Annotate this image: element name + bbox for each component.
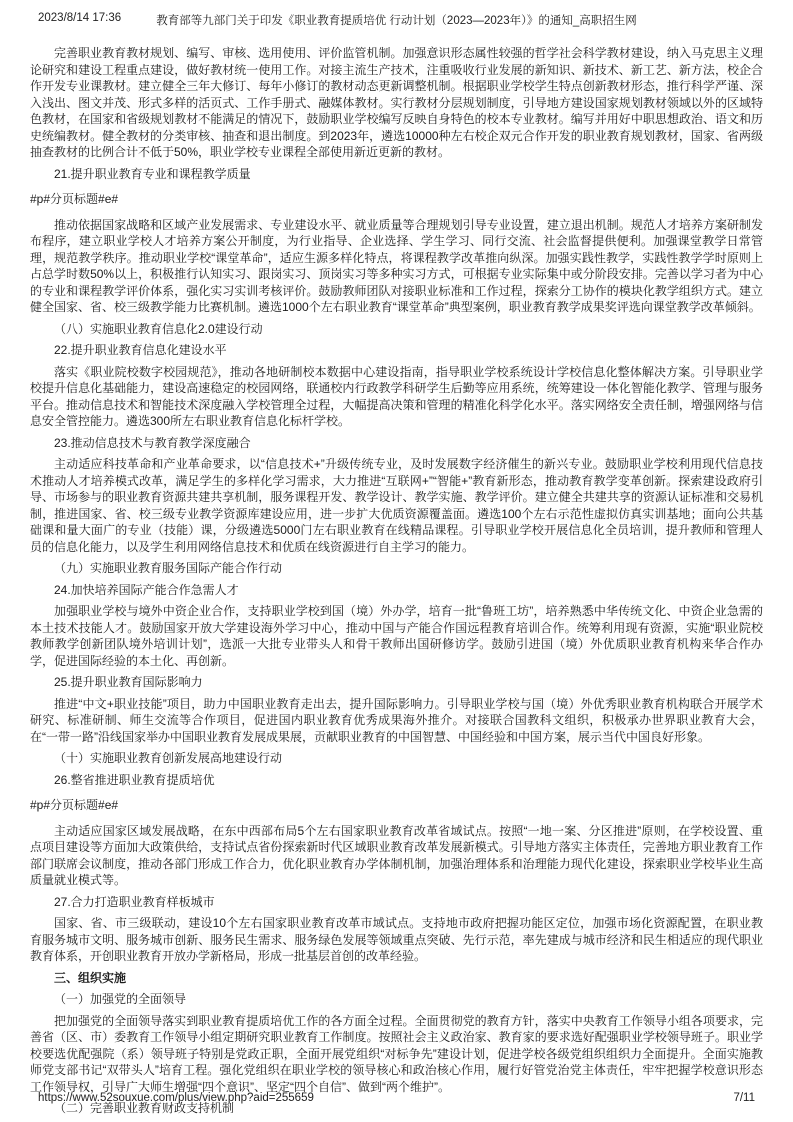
item-heading: 27.合力打造职业教育样板城市 [30, 894, 763, 911]
item-heading: 22.提升职业教育信息化建设水平 [30, 342, 763, 359]
pagination-marker: #p#分页标题#e# [30, 797, 763, 814]
section-heading: （八）实施职业教育信息化2.0建设行动 [30, 321, 763, 338]
document-page: 2023/8/14 17:36 教育部等九部门关于印发《职业教育提质培优 行动计… [0, 0, 793, 1122]
pagination-marker: #p#分页标题#e# [30, 191, 763, 208]
section-heading: （十）实施职业教育创新发展高地建设行动 [30, 750, 763, 767]
item-heading: 24.加快培养国际产能合作急需人才 [30, 582, 763, 599]
body-paragraph: 加强职业学校与境外中资企业合作，支持职业学校到国（境）外办学，培育一批“鲁班工坊… [30, 603, 763, 669]
print-footer: https://www.52souxue.com/plus/view.php?a… [0, 1092, 793, 1104]
source-url: https://www.52souxue.com/plus/view.php?a… [38, 1092, 314, 1104]
item-heading: 21.提升职业教育专业和课程教学质量 [30, 166, 763, 183]
item-heading: 26.整省推进职业教育提质培优 [30, 772, 763, 789]
section-heading: （九）实施职业教育服务国际产能合作行动 [30, 560, 763, 577]
page-title: 教育部等九部门关于印发《职业教育提质培优 行动计划（2023—2023年）》的通… [0, 12, 793, 28]
print-header: 2023/8/14 17:36 教育部等九部门关于印发《职业教育提质培优 行动计… [0, 12, 793, 28]
item-heading: 23.推动信息技术与教育教学深度融合 [30, 435, 763, 452]
body-paragraph: 推动依据国家战略和区域产业发展需求、专业建设水平、就业质量等合理规划引导专业设置… [30, 217, 763, 316]
body-paragraph: 把加强党的全面领导落实到职业教育提质培优工作的各方面全过程。全面贯彻党的教育方针… [30, 1013, 763, 1096]
section-heading: （一）加强党的全面领导 [30, 991, 763, 1008]
document-body: 完善职业教育教材规划、编写、审核、选用使用、评价监管机制。加强意识形态属性较强的… [0, 40, 793, 1122]
chapter-heading: 三、组织实施 [30, 970, 763, 987]
page-number: 7/11 [733, 1092, 755, 1104]
item-heading: 25.提升职业教育国际影响力 [30, 674, 763, 691]
body-paragraph: 完善职业教育教材规划、编写、审核、选用使用、评价监管机制。加强意识形态属性较强的… [30, 45, 763, 161]
body-paragraph: 主动适应国家区域发展战略，在东中西部布局5个左右国家职业教育改革省域试点。按照“… [30, 823, 763, 889]
body-paragraph: 推进“中文+职业技能”项目，助力中国职业教育走出去，提升国际影响力。引导职业学校… [30, 696, 763, 746]
body-paragraph: 主动适应科技革命和产业革命要求，以“信息技术+”升级传统专业，及时发展数字经济催… [30, 456, 763, 555]
body-paragraph: 落实《职业院校数字校园规范》，推动各地研制校本数据中心建设指南，指导职业学校系统… [30, 364, 763, 430]
body-paragraph: 国家、省、市三级联动，建设10个左右国家职业教育改革市域试点。支持地市政府把握功… [30, 915, 763, 965]
